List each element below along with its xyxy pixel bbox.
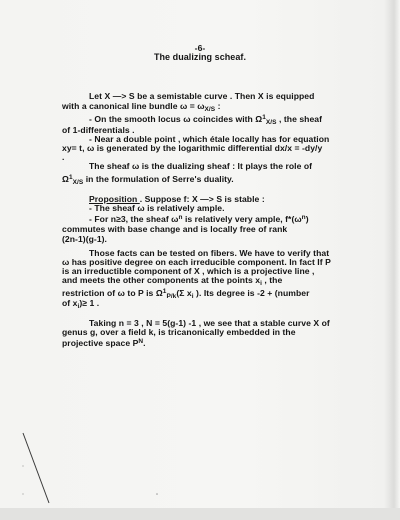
paragraph-line: (2n-1)(g-1). <box>62 234 107 244</box>
bullet-smooth-locus: - On the smooth locus ω coincides with Ω… <box>89 114 322 124</box>
paragraph-line: Let X —> S be a semistable curve . Then … <box>89 91 314 101</box>
page-title: The dualizing scheaf. <box>0 52 400 62</box>
paragraph-line: and meets the other components at the po… <box>62 275 282 285</box>
paragraph-line: Ω1X/S in the formulation of Serre's dual… <box>62 174 234 184</box>
paragraph-line: of xi)≥ 1 . <box>62 298 99 308</box>
paragraph-line: . <box>62 152 64 162</box>
paragraph-line: The sheaf ω is the dualizing sheaf : It … <box>89 161 312 171</box>
paragraph-line: - The sheaf ω is relatively ample. <box>89 203 225 213</box>
scan-edge <box>0 508 400 520</box>
paragraph-line: - For n≥3, the sheaf ωn is relatively ve… <box>89 214 309 224</box>
paragraph-line: genus g, over a field k, is tricanonical… <box>62 327 296 337</box>
paragraph-line: with a canonical line bundle ω = ωX/S : <box>62 101 221 111</box>
paragraph-line: projective space PN. <box>62 338 146 348</box>
scanned-page: -6- The dualizing scheaf. Let X —> S be … <box>0 0 400 520</box>
paragraph-line: commutes with base change and is locally… <box>62 224 287 234</box>
paragraph-line: xy= t, ω is generated by the logarithmic… <box>62 143 322 153</box>
paragraph-line: restriction of ω to P is Ω1P/k(Σ xi ). I… <box>62 288 309 298</box>
